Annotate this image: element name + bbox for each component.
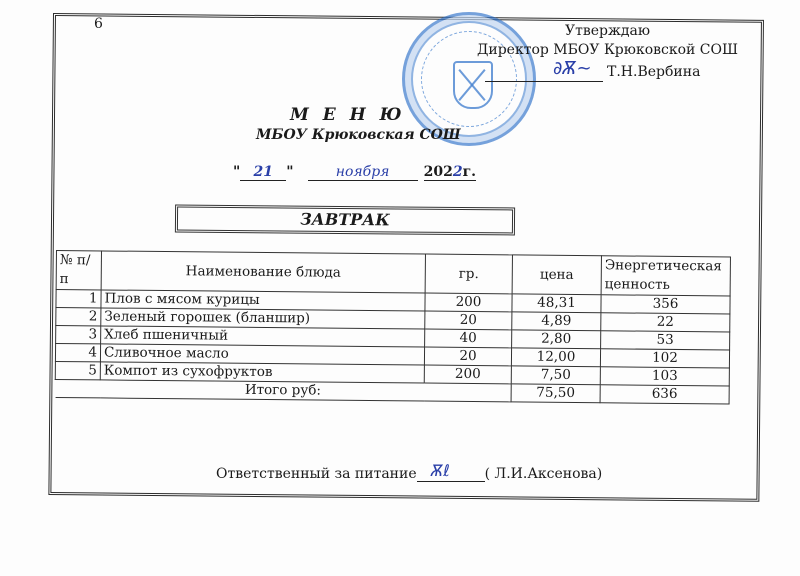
row-num: 2: [56, 308, 101, 326]
responsible-label: Ответственный за питание: [216, 466, 417, 482]
row-grams: 40: [425, 329, 512, 348]
row-energy: 103: [600, 367, 729, 386]
row-grams: 200: [424, 365, 511, 384]
row-energy: 53: [601, 331, 730, 350]
row-name: Хлеб пшеничный: [101, 326, 425, 347]
approval-heading: Утверждаю: [565, 22, 650, 41]
row-grams: 20: [425, 311, 512, 330]
date-day: 21: [240, 164, 286, 181]
menu-date: "21"ноября2022г.: [233, 164, 476, 181]
row-name: Зеленый горошек (бланшир): [101, 308, 425, 329]
responsible-line: Ответственный за питаниеѪℓ( Л.И.Аксенова…: [216, 466, 602, 482]
date-year: 2022г.: [424, 164, 476, 181]
row-grams: 200: [425, 293, 512, 312]
row-price: 12,00: [511, 348, 600, 367]
approval-position: Директор МБОУ Крюковской СОШ: [477, 41, 738, 60]
row-num: 5: [55, 361, 100, 379]
school-name: МБОУ Крюковская СОШ: [256, 127, 461, 143]
total-price: 75,50: [511, 384, 600, 403]
row-price: 7,50: [511, 366, 600, 385]
page-title: М Е Н Ю: [290, 105, 405, 125]
responsible-signature-scribble-icon: Ѫℓ: [431, 461, 450, 480]
table-header-row: № п/п Наименование блюда гр. цена Энерге…: [56, 251, 730, 296]
responsible-name: ( Л.И.Аксенова): [485, 466, 603, 482]
header-name: Наименование блюда: [101, 251, 425, 293]
row-name: Компот из сухофруктов: [100, 362, 424, 383]
responsible-signature: Ѫℓ: [417, 467, 485, 482]
row-energy: 102: [600, 349, 729, 368]
row-energy: 356: [601, 295, 730, 314]
total-energy: 636: [600, 385, 729, 404]
row-price: 2,80: [512, 330, 601, 349]
header-price: цена: [512, 255, 601, 295]
row-price: 4,89: [512, 312, 601, 331]
row-grams: 20: [424, 347, 511, 366]
approval-signature-line: Т.Н.Вербина: [485, 63, 700, 82]
row-num: 4: [55, 344, 100, 362]
director-signature-scribble-icon: ∂Ѫ~: [553, 58, 592, 79]
meal-heading: ЗАВТРАК: [178, 209, 512, 231]
page-number: 6: [94, 16, 103, 32]
approval-block: Утверждаю Директор МБОУ Крюковской СОШ Т…: [565, 22, 650, 41]
header-grams: гр.: [425, 254, 512, 294]
row-num: 1: [56, 290, 101, 308]
director-name: Т.Н.Вербина: [607, 64, 700, 80]
row-name: Сливочное масло: [100, 344, 424, 365]
row-num: 3: [56, 326, 101, 344]
menu-table: № п/п Наименование блюда гр. цена Энерге…: [55, 250, 731, 404]
date-month: ноября: [308, 164, 418, 181]
header-energy: Энергетическая ценность: [601, 256, 730, 296]
total-label: Итого руб:: [55, 379, 511, 401]
row-energy: 22: [601, 313, 730, 332]
row-price: 48,31: [512, 294, 601, 313]
header-num: № п/п: [56, 251, 101, 290]
row-name: Плов с мясом курицы: [101, 290, 425, 311]
meal-heading-box: ЗАВТРАК: [175, 205, 515, 236]
